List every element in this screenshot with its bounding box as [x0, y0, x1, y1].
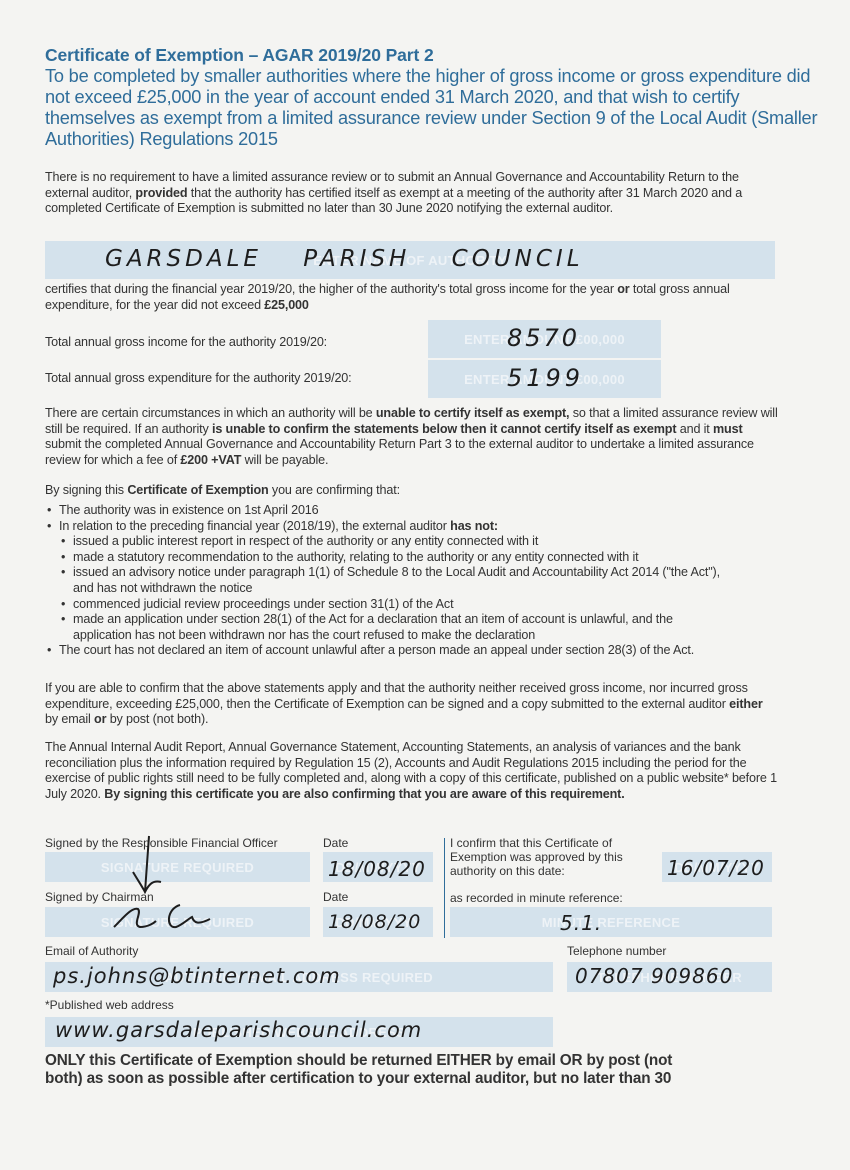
rfo-date-label: Date: [323, 836, 348, 850]
auditor-condition-item: issued a public interest report in respe…: [73, 534, 839, 550]
condition-item: The authority was in existence on 1st Ap…: [59, 503, 839, 519]
signing-intro: By signing this Certificate of Exemption…: [45, 483, 400, 499]
auditor-condition-item: issued an advisory notice under paragrap…: [73, 565, 723, 596]
minute-reference-label: as recorded in minute reference:: [450, 891, 623, 905]
authority-name-field[interactable]: ENTER NAME OF AUTHORITY: [45, 241, 775, 279]
circumstances-paragraph: There are certain circumstances in which…: [45, 406, 780, 469]
document-title: Certificate of Exemption – AGAR 2019/20 …: [45, 45, 434, 66]
expenditure-field[interactable]: ENTER AMOUNT £00,000: [428, 360, 661, 398]
certifies-paragraph: certifies that during the financial year…: [45, 282, 775, 313]
footer-instructions: ONLY this Certificate of Exemption shoul…: [45, 1052, 805, 1086]
email-label: Email of Authority: [45, 944, 138, 958]
auditor-condition-item: commenced judicial review proceedings un…: [73, 597, 839, 613]
auditor-conditions-list: issued a public interest report in respe…: [59, 534, 839, 643]
chair-date-label: Date: [323, 890, 348, 904]
document-subtitle: To be completed by smaller authorities w…: [45, 66, 825, 150]
web-address-label: *Published web address: [45, 998, 174, 1012]
income-label: Total annual gross income for the author…: [45, 335, 327, 351]
chair-date-field[interactable]: DD/MM/YYYY: [323, 907, 433, 937]
condition-item: The court has not declared an item of ac…: [59, 643, 839, 659]
chair-signature-mark: [110, 895, 220, 935]
expenditure-label: Total annual gross expenditure for the a…: [45, 371, 352, 387]
confirm-paragraph: If you are able to confirm that the abov…: [45, 681, 775, 728]
email-field[interactable]: AUTHORITY EMAIL ADDRESS REQUIRED: [45, 962, 553, 992]
phone-label: Telephone number: [567, 944, 666, 958]
conditions-list: The authority was in existence on 1st Ap…: [45, 503, 839, 659]
intro-paragraph: There is no requirement to have a limite…: [45, 170, 775, 217]
income-field[interactable]: ENTER AMOUNT £00,000: [428, 320, 661, 358]
rfo-date-field[interactable]: DD/MM/YYYY: [323, 852, 433, 882]
section-divider: [444, 838, 445, 938]
approved-date-field[interactable]: DD/MM/YYYY: [662, 852, 772, 882]
annual-paragraph: The Annual Internal Audit Report, Annual…: [45, 740, 785, 803]
auditor-condition-item: made an application under section 28(1) …: [73, 612, 723, 643]
auditor-condition-item: made a statutory recommendation to the a…: [73, 550, 839, 566]
phone-field[interactable]: TELEPHONE NUMBER: [567, 962, 772, 992]
approved-date-label: I confirm that this Certificate of Exemp…: [450, 836, 650, 878]
web-address-field[interactable]: PUBLISHED WEBSITE ADDRESS: [45, 1017, 553, 1047]
minute-reference-field[interactable]: MINUTE REFERENCE: [450, 907, 772, 937]
condition-item: In relation to the preceding financial y…: [59, 519, 839, 644]
